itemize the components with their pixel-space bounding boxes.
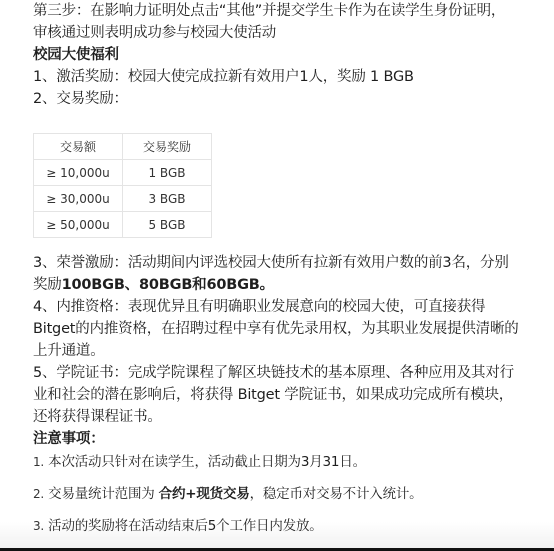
- benefit-certificate-line2: 业和社会的潜在影响后，将获得 Bitget 学院证书，如果成功完成所有模块，: [33, 384, 513, 406]
- step3-text-line2: 审核通过则表明成功参与校园大使活动: [33, 22, 276, 44]
- table-header-cell: 交易额: [34, 134, 123, 160]
- notes-heading: 注意事项：: [33, 428, 105, 450]
- table-header-row: 交易额 交易奖励: [34, 134, 212, 160]
- note-text-suffix: ，稳定币对交易不计入统计。: [250, 486, 423, 502]
- benefit-referral-line1: 4、内推资格：表现优异且有明确职业发展意向的校园大使，可直接获得: [33, 296, 485, 318]
- benefit-referral-line3: 上升通道。: [33, 340, 105, 362]
- note-item-2: 2. 交易量统计范围为 合约+现货交易，稳定币对交易不计入统计。: [33, 483, 422, 505]
- note-item-1: 1. 本次活动只针对在读学生，活动截止日期为3月31日。: [33, 451, 366, 473]
- table-cell-reward: 5 BGB: [123, 212, 212, 238]
- note-number: 2.: [33, 487, 44, 501]
- benefit-activation-reward: 1、激活奖励：校园大使完成拉新有效用户1人，奖励 1 BGB: [33, 66, 414, 88]
- benefit-honor-line1: 3、荣誉激励：活动期间内评选校园大使所有拉新有效用户数的前3名，分别: [33, 252, 509, 274]
- benefit-trading-reward: 2、交易奖励：: [33, 88, 128, 110]
- table-row: ≥ 10,000u 1 BGB: [34, 160, 212, 186]
- table-cell-reward: 3 BGB: [123, 186, 212, 212]
- step3-text-line1: 第三步：在影响力证明处点击“其他”并提交学生卡作为在读学生身份证明，: [33, 0, 505, 22]
- note-text: 活动的奖励将在活动结束后5个工作日内发放。: [48, 518, 322, 534]
- benefit-honor-line2: 奖励100BGB、80BGB和60BGB。: [33, 274, 274, 296]
- note-number: 3.: [33, 519, 44, 533]
- benefits-heading: 校园大使福利: [33, 44, 119, 66]
- table-row: ≥ 50,000u 5 BGB: [34, 212, 212, 238]
- note-number: 1.: [33, 455, 44, 469]
- honor-prefix: 奖励: [33, 277, 62, 293]
- benefit-certificate-line3: 还将获得课程证书。: [33, 406, 162, 428]
- table-cell-reward: 1 BGB: [123, 160, 212, 186]
- benefit-referral-line2: Bitget的内推资格，在招聘过程中享有优先录用权，为其职业发展提供清晰的: [33, 318, 519, 340]
- benefit-certificate-line1: 5、学院证书：完成学院课程了解区块链技术的基本原理、各种应用及其对行: [33, 362, 514, 384]
- note-text: 本次活动只针对在读学生，活动截止日期为3月31日。: [48, 454, 366, 470]
- table-header-cell: 交易奖励: [123, 134, 212, 160]
- table-cell-volume: ≥ 50,000u: [34, 212, 123, 238]
- note-text-bold: 合约+现货交易: [159, 486, 250, 502]
- note-item-3: 3. 活动的奖励将在活动结束后5个工作日内发放。: [33, 515, 323, 537]
- table-cell-volume: ≥ 30,000u: [34, 186, 123, 212]
- trading-reward-table: 交易额 交易奖励 ≥ 10,000u 1 BGB ≥ 30,000u 3 BGB…: [33, 133, 212, 238]
- table-row: ≥ 30,000u 3 BGB: [34, 186, 212, 212]
- honor-amounts: 100BGB、80BGB和60BGB。: [62, 277, 274, 293]
- table-cell-volume: ≥ 10,000u: [34, 160, 123, 186]
- note-text-prefix: 交易量统计范围为: [48, 486, 159, 502]
